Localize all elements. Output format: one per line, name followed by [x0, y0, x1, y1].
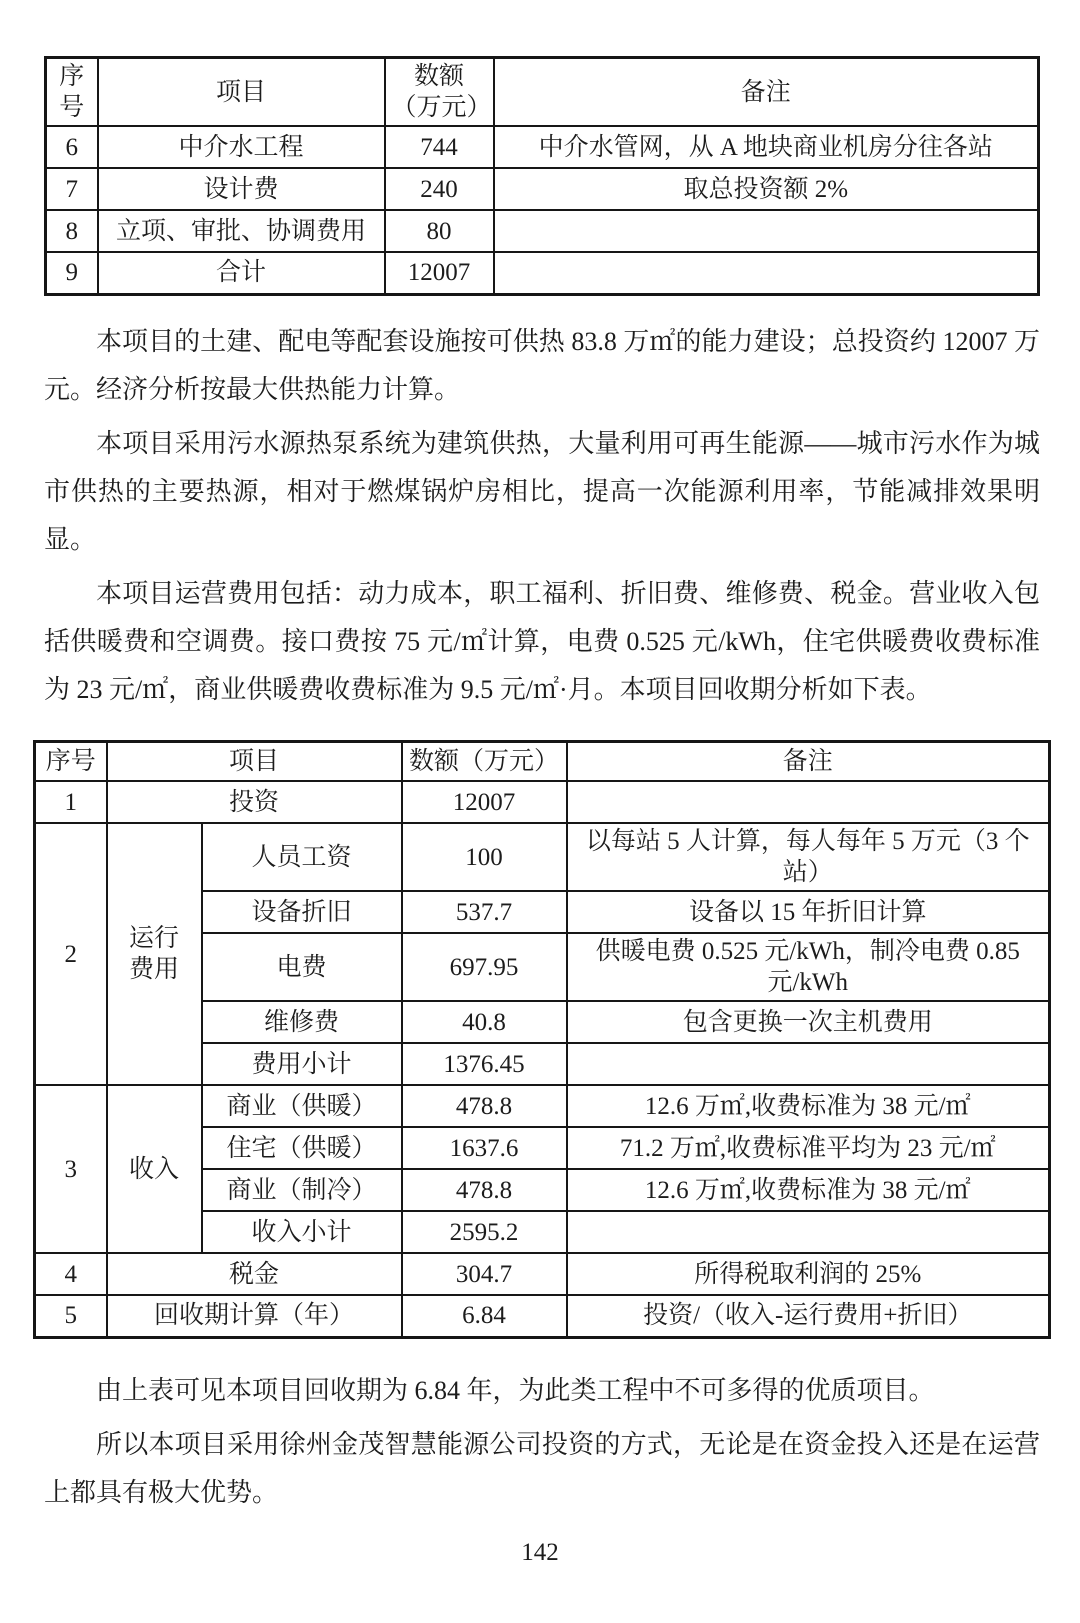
group-no: 2: [35, 823, 107, 1085]
page-number: 142: [0, 1539, 1080, 1567]
row-note: [567, 1043, 1050, 1085]
group-category-income: 收入: [107, 1085, 202, 1253]
row-amount: 2595.2: [402, 1211, 567, 1253]
row-note: 12.6 万㎡,收费标准为 38 元/㎡: [567, 1085, 1050, 1127]
row-no: 1: [35, 781, 107, 823]
row-note: 取总投资额 2%: [494, 168, 1039, 210]
table1-row-8: 8 立项、审批、协调费用 80: [46, 210, 1039, 252]
row-item: 费用小计: [202, 1043, 402, 1085]
table1-header-no: 序号: [46, 58, 98, 127]
row-note: 以每站 5 人计算，每人每年 5 万元（3 个站）: [567, 823, 1050, 891]
group-no: 3: [35, 1085, 107, 1253]
table1-header-amount: 数额 （万元）: [385, 58, 494, 127]
table1-row-6: 6 中介水工程 744 中介水管网，从 A 地块商业机房分往各站: [46, 126, 1039, 168]
row-amount: 744: [385, 126, 494, 168]
paragraph-operating-costs: 本项目运营费用包括：动力成本，职工福利、折旧费、维修费、税金。营业收入包括供暖费…: [44, 570, 1040, 714]
table2-row-commercial-heating: 3 收入 商业（供暖） 478.8 12.6 万㎡,收费标准为 38 元/㎡: [35, 1085, 1050, 1127]
table2-row-investment: 1 投资 12007: [35, 781, 1050, 823]
row-amount: 12007: [385, 252, 494, 294]
row-amount: 12007: [402, 781, 567, 823]
row-item: 回收期计算（年）: [107, 1295, 402, 1337]
row-item: 收入小计: [202, 1211, 402, 1253]
paragraph-sewage-source: 本项目采用污水源热泵系统为建筑供热，大量利用可再生能源——城市污水作为城市供热的…: [44, 420, 1040, 564]
row-item: 电费: [202, 933, 402, 1001]
row-item: 立项、审批、协调费用: [98, 210, 385, 252]
row-amount: 40.8: [402, 1001, 567, 1043]
paragraph-construction: 本项目的土建、配电等配套设施按可供热 83.8 万㎡的能力建设；总投资约 120…: [44, 318, 1040, 414]
row-note: 包含更换一次主机费用: [567, 1001, 1050, 1043]
table1-header-item: 项目: [98, 58, 385, 127]
row-amount: 697.95: [402, 933, 567, 1001]
row-item: 税金: [107, 1253, 402, 1295]
table2-header-amount: 数额（万元）: [402, 741, 567, 781]
row-item: 商业（供暖）: [202, 1085, 402, 1127]
row-amount: 1637.6: [402, 1127, 567, 1169]
row-item: 住宅（供暖）: [202, 1127, 402, 1169]
table1-row-9: 9 合计 12007: [46, 252, 1039, 294]
row-no: 9: [46, 252, 98, 294]
paragraph-investment-advantage: 所以本项目采用徐州金茂智慧能源公司投资的方式，无论是在资金投入还是在运营上都具有…: [44, 1421, 1040, 1517]
row-amount: 478.8: [402, 1085, 567, 1127]
row-note: 71.2 万㎡,收费标准平均为 23 元/㎡: [567, 1127, 1050, 1169]
table2-header-no: 序号: [35, 741, 107, 781]
row-no: 8: [46, 210, 98, 252]
row-item: 人员工资: [202, 823, 402, 891]
investment-items-table: 序号 项目 数额 （万元） 备注 6 中介水工程 744 中介水管网，从 A 地…: [44, 56, 1040, 296]
row-amount: 304.7: [402, 1253, 567, 1295]
row-item: 设计费: [98, 168, 385, 210]
payback-analysis-table: 序号 项目 数额（万元） 备注 1 投资 12007 2 运行 费用 人员工资 …: [33, 740, 1051, 1339]
closing-text-block: 由上表可见本项目回收期为 6.84 年，为此类工程中不可多得的优质项目。 所以本…: [44, 1367, 1040, 1517]
row-note: 供暖电费 0.525 元/kWh，制冷电费 0.85 元/kWh: [567, 933, 1050, 1001]
row-item: 中介水工程: [98, 126, 385, 168]
table2-row-payback-period: 5 回收期计算（年） 6.84 投资/（收入-运行费用+折旧）: [35, 1295, 1050, 1337]
table1-row-7: 7 设计费 240 取总投资额 2%: [46, 168, 1039, 210]
row-amount: 537.7: [402, 891, 567, 933]
row-note: 所得税取利润的 25%: [567, 1253, 1050, 1295]
row-no: 5: [35, 1295, 107, 1337]
paragraph-payback-conclusion: 由上表可见本项目回收期为 6.84 年，为此类工程中不可多得的优质项目。: [44, 1367, 1040, 1415]
body-text-block: 本项目的土建、配电等配套设施按可供热 83.8 万㎡的能力建设；总投资约 120…: [44, 318, 1040, 714]
row-note: 设备以 15 年折旧计算: [567, 891, 1050, 933]
table1-header-row: 序号 项目 数额 （万元） 备注: [46, 58, 1039, 127]
group-category-operating-cost: 运行 费用: [107, 823, 202, 1085]
row-no: 6: [46, 126, 98, 168]
row-item: 商业（制冷）: [202, 1169, 402, 1211]
row-item: 维修费: [202, 1001, 402, 1043]
table2-header-row: 序号 项目 数额（万元） 备注: [35, 741, 1050, 781]
table2-header-note: 备注: [567, 741, 1050, 781]
row-amount: 478.8: [402, 1169, 567, 1211]
row-note: [567, 781, 1050, 823]
row-no: 7: [46, 168, 98, 210]
row-note: 中介水管网，从 A 地块商业机房分往各站: [494, 126, 1039, 168]
table1-header-note: 备注: [494, 58, 1039, 127]
row-item: 合计: [98, 252, 385, 294]
table2-row-salary: 2 运行 费用 人员工资 100 以每站 5 人计算，每人每年 5 万元（3 个…: [35, 823, 1050, 891]
row-note: [494, 252, 1039, 294]
row-item: 设备折旧: [202, 891, 402, 933]
row-amount: 1376.45: [402, 1043, 567, 1085]
table2-row-tax: 4 税金 304.7 所得税取利润的 25%: [35, 1253, 1050, 1295]
row-note: [494, 210, 1039, 252]
row-amount: 100: [402, 823, 567, 891]
row-amount: 80: [385, 210, 494, 252]
row-note: [567, 1211, 1050, 1253]
row-amount: 6.84: [402, 1295, 567, 1337]
row-note: 投资/（收入-运行费用+折旧）: [567, 1295, 1050, 1337]
row-note: 12.6 万㎡,收费标准为 38 元/㎡: [567, 1169, 1050, 1211]
document-page: 序号 项目 数额 （万元） 备注 6 中介水工程 744 中介水管网，从 A 地…: [0, 0, 1080, 1623]
row-no: 4: [35, 1253, 107, 1295]
row-amount: 240: [385, 168, 494, 210]
table2-header-item: 项目: [107, 741, 402, 781]
row-item: 投资: [107, 781, 402, 823]
